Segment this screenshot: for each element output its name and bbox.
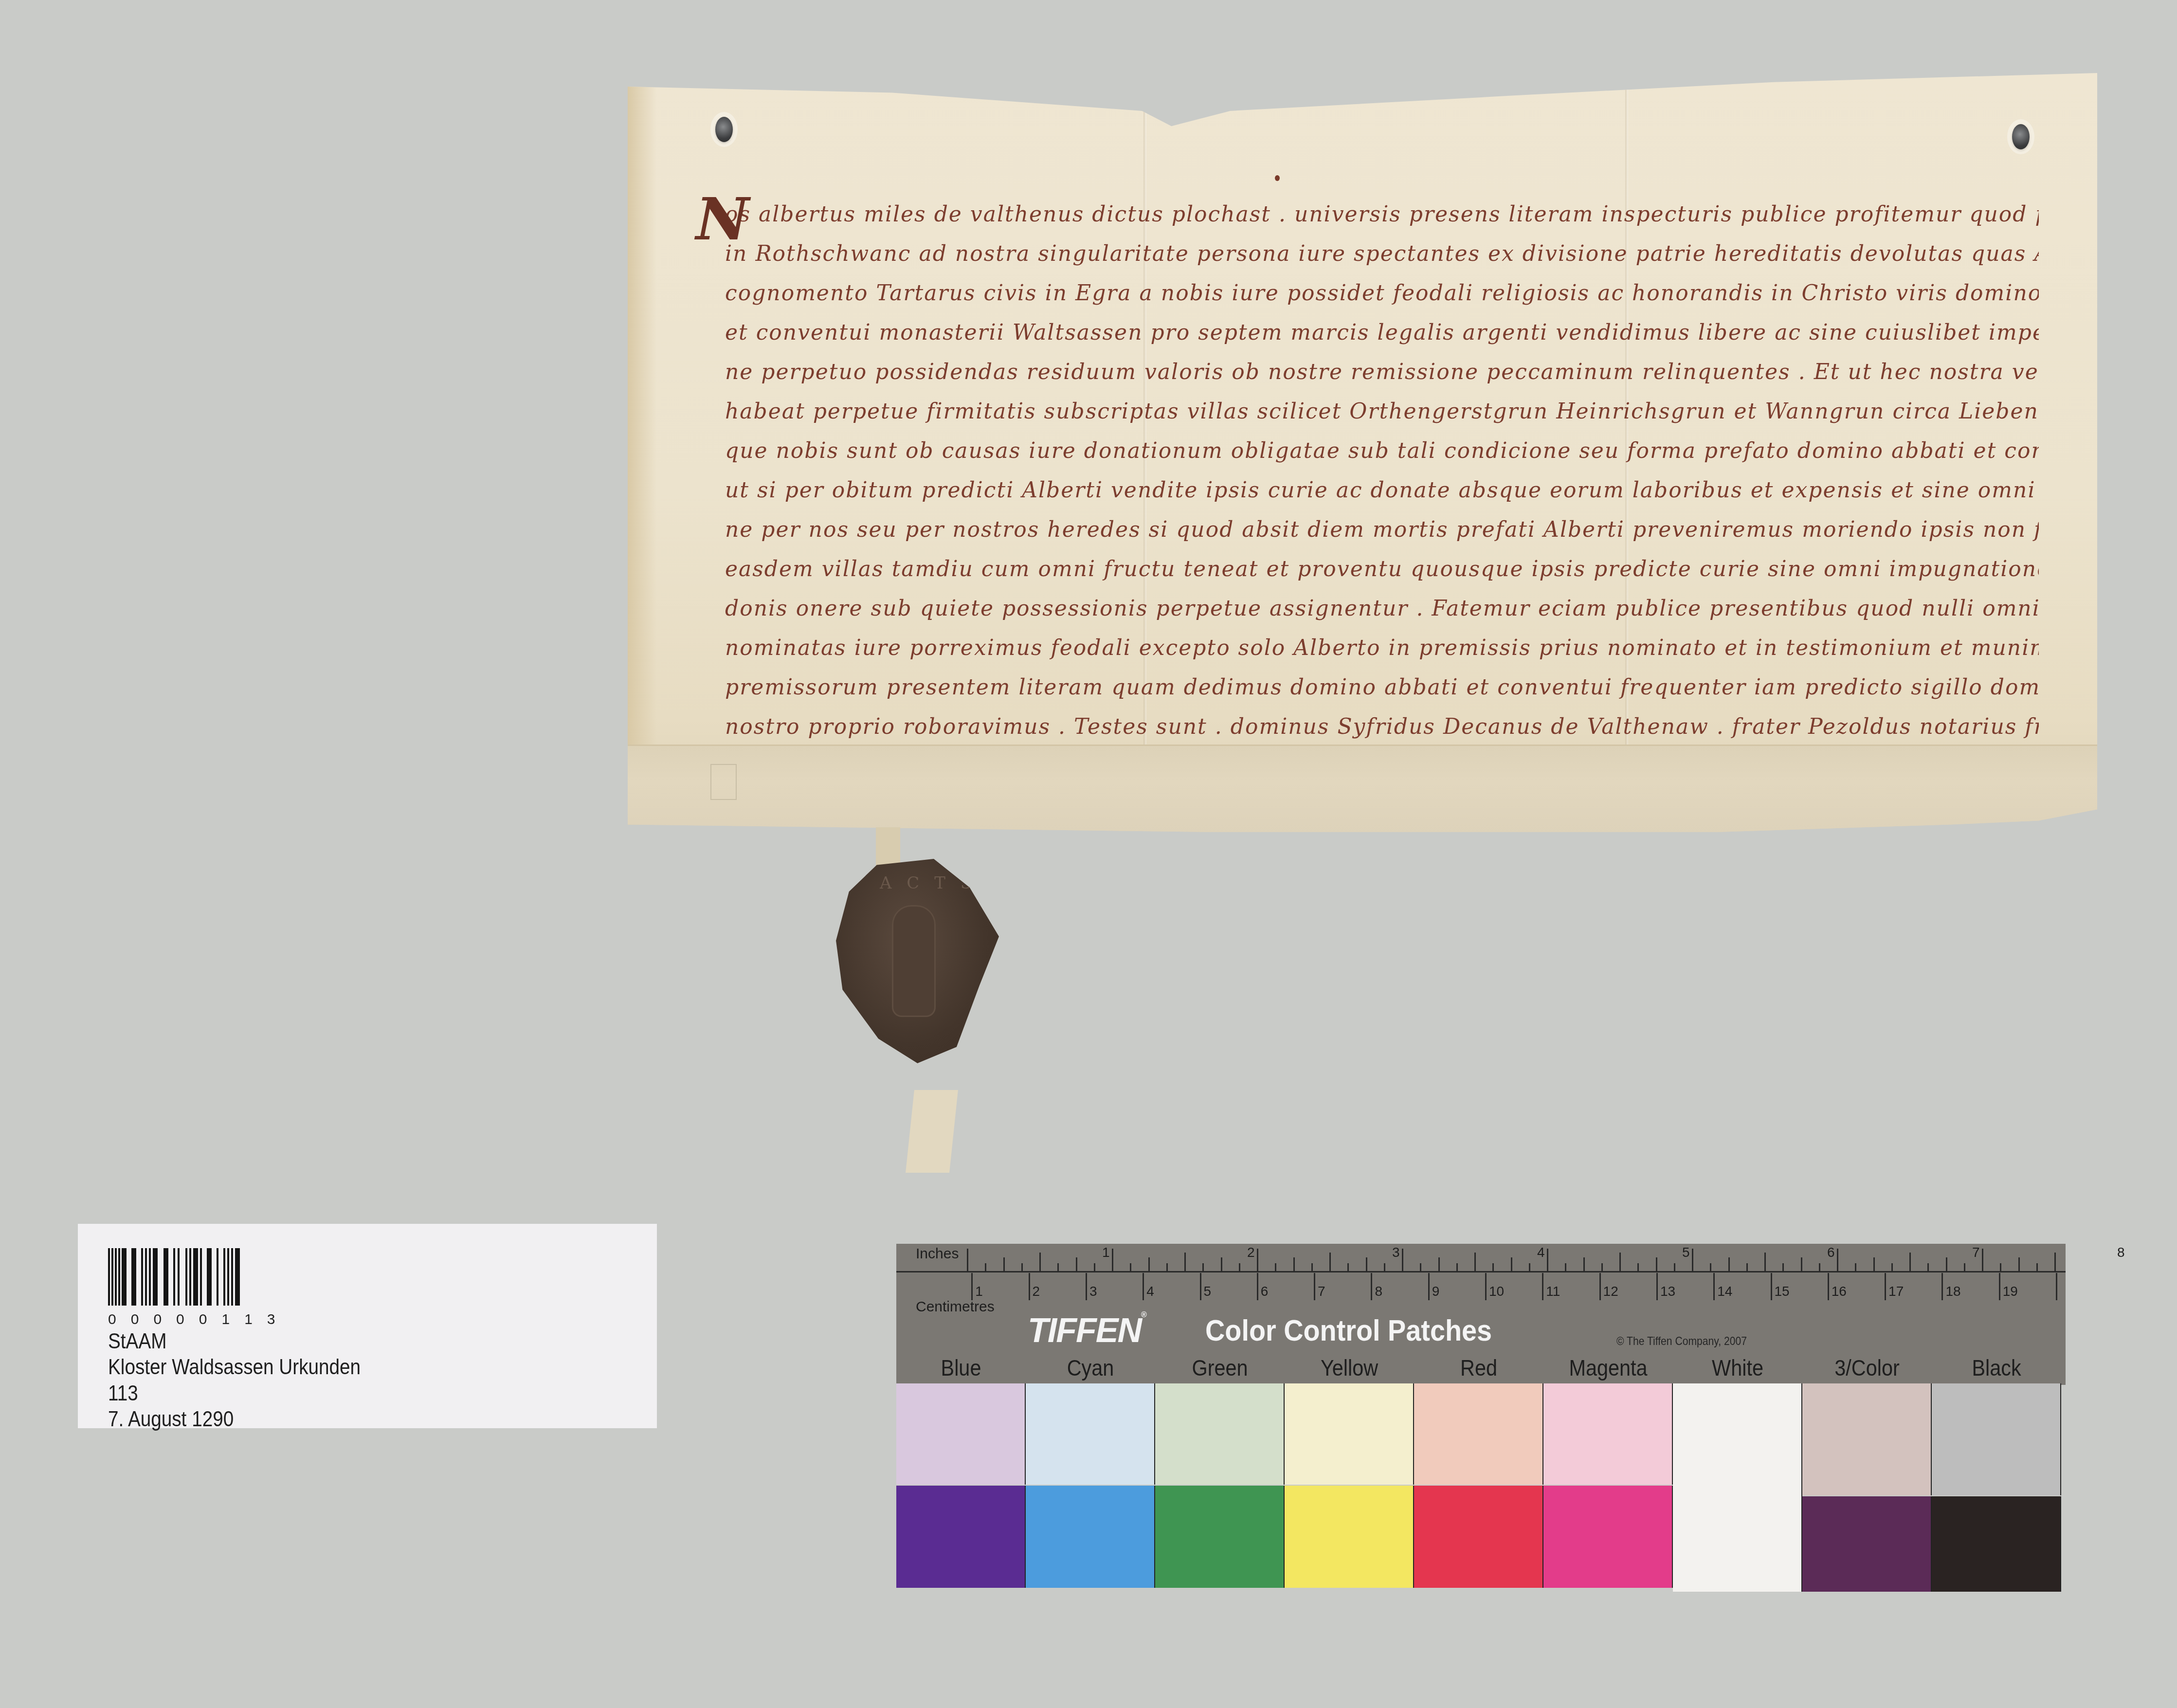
registered-mark: ® (1141, 1311, 1146, 1319)
parchment-charter: N os albertus miles de valthenus dictus … (628, 73, 2097, 832)
cm-tick-label: 10 (1489, 1284, 1504, 1299)
ruler-tick (1885, 1273, 1886, 1300)
ruler-tick (1485, 1273, 1487, 1300)
cm-tick-label: 9 (1432, 1284, 1440, 1299)
archive-name: StAAM (108, 1328, 166, 1354)
cm-tick-label: 15 (1775, 1284, 1790, 1299)
ruler-tick (1927, 1263, 1929, 1272)
ruler-tick (1474, 1253, 1476, 1272)
inch-tick-label: 4 (1537, 1245, 1545, 1260)
ruler-tick (1202, 1263, 1204, 1272)
cm-tick-label: 12 (1603, 1284, 1618, 1299)
barcode-digit: 1 (221, 1311, 230, 1328)
ruler-tick (1728, 1257, 1730, 1272)
barcode-digit: 0 (153, 1311, 162, 1328)
cm-tick-label: 11 (1546, 1284, 1560, 1299)
ruler-tick (1166, 1263, 1168, 1272)
ruler-tick (1771, 1273, 1772, 1300)
manuscript-text: N os albertus miles de valthenus dictus … (725, 195, 2039, 825)
collection-name: Kloster Waldsassen Urkunden (108, 1354, 361, 1380)
ruler-tick (1221, 1257, 1222, 1272)
barcode-digits: 0 0 0 0 0 1 1 3 (108, 1311, 275, 1328)
color-patch-green-top (1155, 1383, 1285, 1485)
ruler-baseline (896, 1271, 2066, 1272)
patch-label-yellow: Yellow (1291, 1355, 1407, 1381)
red-ink-mark (633, 868, 744, 873)
ruler-tick (1873, 1257, 1875, 1272)
ruler-tick (1674, 1263, 1675, 1272)
ruler-tick (1366, 1257, 1367, 1272)
ruler-tick (1021, 1263, 1023, 1272)
ruler-tick (1329, 1253, 1331, 1272)
color-patch-blue-top (896, 1383, 1026, 1485)
ruler-tick (2056, 1273, 2057, 1300)
ruler-tick (1637, 1263, 1639, 1272)
manuscript-line: habeat perpetue firmitatis subscriptas v… (725, 392, 2039, 431)
color-patch-black-top (1932, 1383, 2061, 1495)
ruler-tick (1438, 1257, 1440, 1272)
mounting-rivet-icon (715, 117, 733, 142)
color-patch-cyan-bottom (1026, 1486, 1155, 1588)
ruler-tick (1384, 1263, 1385, 1272)
ruler-tick (1801, 1257, 1802, 1272)
ruler-tick (1656, 1257, 1657, 1272)
ruler-tick (1076, 1257, 1077, 1272)
mounting-rivet-icon (2012, 124, 2030, 149)
cm-tick-label: 16 (1832, 1284, 1847, 1299)
ruler-tick (1692, 1249, 1693, 1272)
ruler-tick (1999, 1273, 2000, 1300)
manuscript-line: os albertus miles de valthenus dictus pl… (725, 195, 2039, 234)
ruler-tick (1456, 1263, 1458, 1272)
ruler-tick (1039, 1253, 1041, 1272)
manuscript-line: easdem villas tamdiu cum omni fructu ten… (725, 549, 2039, 589)
color-patch-3color-bottom (1802, 1496, 1932, 1592)
seal-legend: A C T S (880, 873, 977, 893)
ruler-tick (1601, 1263, 1603, 1272)
patch-label-white: White (1679, 1355, 1796, 1381)
cm-tick-label: 19 (2003, 1284, 2018, 1299)
ruler-tick (1314, 1273, 1315, 1300)
color-patch-magenta-top (1543, 1383, 1673, 1485)
barcode-digit: 0 (199, 1311, 207, 1328)
cm-tick-label: 8 (1375, 1284, 1382, 1299)
inch-tick-label: 2 (1247, 1245, 1255, 1260)
ruler-tick (1891, 1263, 1893, 1272)
ruler-tick (1746, 1263, 1748, 1272)
inches-label: Inches (916, 1246, 959, 1262)
ruler-tick (1112, 1249, 1113, 1272)
color-patch-black-bottom (1932, 1496, 2061, 1592)
card-title: Color Control Patches (1205, 1313, 1492, 1348)
ruler-tick (985, 1263, 986, 1272)
manuscript-line: et conventui monasterii Waltsassen pro s… (725, 313, 2039, 352)
ruler-tick (1837, 1249, 1838, 1272)
ruler-tick (1402, 1249, 1403, 1272)
barcode-digit: 0 (131, 1311, 139, 1328)
cm-tick-label: 18 (1945, 1284, 1960, 1299)
color-control-card: Inches 12345678 123456789101112131415161… (896, 1244, 2066, 1385)
ruler-tick (1713, 1273, 1715, 1300)
parchment-edge-shading (628, 73, 657, 832)
ruler-tick (1347, 1263, 1349, 1272)
ruler-tick (1257, 1249, 1258, 1272)
seal-figure-icon (892, 905, 936, 1017)
patch-label-green: Green (1161, 1355, 1278, 1381)
ruler-tick (1782, 1263, 1784, 1272)
ruler-tick (1909, 1253, 1911, 1272)
ruler-tick (1819, 1263, 1820, 1272)
ruler-tick (1529, 1263, 1530, 1272)
copyright-notice: © The Tiffen Company, 2007 (1616, 1335, 1747, 1348)
ruler-tick (1599, 1273, 1601, 1300)
ruler-tick (1547, 1249, 1548, 1272)
inch-tick-label: 5 (1682, 1245, 1690, 1260)
archive-label: 0 0 0 0 0 1 1 3 StAAM Kloster Waldsassen… (78, 1224, 657, 1428)
color-patch-yellow-top (1285, 1383, 1414, 1485)
manuscript-line: nominatas iure porreximus feodali except… (725, 628, 2039, 668)
wax-seal: A C T S (836, 859, 999, 1063)
inch-tick-label: 3 (1392, 1245, 1400, 1260)
ruler-tick (1200, 1273, 1201, 1300)
cm-tick-label: 4 (1146, 1284, 1154, 1299)
manuscript-line: que nobis sunt ob causas iure donationum… (725, 431, 2039, 471)
ruler-tick (1057, 1263, 1059, 1272)
ruler-tick (971, 1273, 973, 1300)
color-patches (896, 1383, 2066, 1589)
patch-label-red: Red (1420, 1355, 1537, 1381)
ruler-tick (967, 1249, 968, 1272)
patch-label-3color: 3/Color (1809, 1355, 1925, 1381)
patch-label-blue: Blue (903, 1355, 1019, 1381)
ruler-tick (1143, 1273, 1144, 1300)
plica-fold (628, 745, 2097, 834)
cm-tick-label: 5 (1204, 1284, 1212, 1299)
cm-tick-label: 13 (1660, 1284, 1675, 1299)
cm-tick-label: 14 (1717, 1284, 1732, 1299)
color-patch-white (1673, 1383, 1802, 1592)
document-date: 7. August 1290 (108, 1406, 234, 1432)
document-number: 113 (108, 1381, 138, 1406)
ruler-tick (1130, 1263, 1131, 1272)
seal-tag-slot (710, 764, 737, 800)
ruler-tick (1710, 1263, 1711, 1272)
ruler-tick (2054, 1253, 2056, 1272)
ruler-tick (1371, 1273, 1372, 1300)
ruler-tick (1828, 1273, 1829, 1300)
ruler-tick (1542, 1273, 1543, 1300)
inch-tick-label: 7 (1972, 1245, 1980, 1260)
ruler-tick (1656, 1273, 1658, 1300)
manuscript-line: cognomento Tartarus civis in Egra a nobi… (725, 273, 2039, 313)
tiffen-logo: TIFFEN® (1028, 1311, 1146, 1350)
ruler-tick (1257, 1273, 1258, 1300)
cm-tick-label: 17 (1888, 1284, 1904, 1299)
ruler-tick (1982, 1249, 1983, 1272)
cm-tick-label: 1 (975, 1284, 983, 1299)
manuscript-line: donis onere sub quiete possessionis perp… (725, 589, 2039, 628)
color-patch-green-bottom (1155, 1486, 1285, 1588)
color-patch-yellow-bottom (1285, 1486, 1414, 1588)
patch-label-black: Black (1938, 1355, 2054, 1381)
color-patch-blue-bottom (896, 1486, 1026, 1588)
ruler-tick (1511, 1257, 1512, 1272)
red-ink-mark (633, 830, 764, 836)
ruler-tick (1148, 1257, 1150, 1272)
ruler-tick (1311, 1263, 1313, 1272)
ruler-tick (1964, 1263, 1965, 1272)
ruler-tick (1094, 1263, 1095, 1272)
barcode-digit: 1 (244, 1311, 253, 1328)
ruler-tick (1086, 1273, 1087, 1300)
cm-tick-label: 6 (1261, 1284, 1269, 1299)
manuscript-line: nostro proprio roboravimus . Testes sunt… (725, 707, 2039, 746)
manuscript-line: in Rothschwanc ad nostra singularitate p… (725, 234, 2039, 273)
decorated-initial: N (696, 185, 749, 254)
color-patch-red-bottom (1414, 1486, 1543, 1588)
color-patch-3color-top (1802, 1383, 1932, 1495)
patch-label-magenta: Magenta (1550, 1355, 1666, 1381)
barcode (108, 1248, 240, 1306)
ruler-tick (1946, 1257, 1947, 1272)
ruler-tick (2000, 1263, 2001, 1272)
ruler-tick (1428, 1273, 1430, 1300)
cm-tick-label: 2 (1033, 1284, 1040, 1299)
barcode-digit: 3 (267, 1311, 275, 1328)
ruler-tick (1029, 1273, 1030, 1300)
ruler-tick (1565, 1263, 1566, 1272)
ruler-tick (1855, 1263, 1856, 1272)
inch-tick-label: 1 (1102, 1245, 1110, 1260)
manuscript-line: ne per nos seu per nostros heredes si qu… (725, 510, 2039, 549)
centimetres-label: Centimetres (916, 1299, 995, 1315)
patch-labels: Blue Cyan Green Yellow Red Magenta White… (896, 1355, 2066, 1384)
ruler-tick (1184, 1253, 1186, 1272)
patch-label-cyan: Cyan (1032, 1355, 1148, 1381)
barcode-digit: 0 (108, 1311, 116, 1328)
seal-parchment-tag (906, 1090, 958, 1173)
ruler-tick (1420, 1263, 1421, 1272)
manuscript-line: ne perpetuo possidendas residuum valoris… (725, 352, 2039, 392)
ruler-tick (1764, 1253, 1766, 1272)
ruler-tick (2036, 1263, 2038, 1272)
manuscript-line: premissorum presentem literam quam dedim… (725, 668, 2039, 707)
color-patch-cyan-top (1026, 1383, 1155, 1485)
ruler-tick (1492, 1263, 1494, 1272)
ruler-tick (1583, 1257, 1585, 1272)
ruler-tick (1003, 1257, 1005, 1272)
inch-tick-label: 8 (2117, 1245, 2125, 1260)
cm-tick-label: 7 (1318, 1284, 1325, 1299)
ruler-tick (1275, 1263, 1276, 1272)
color-patch-magenta-bottom (1543, 1486, 1673, 1588)
brand-name: TIFFEN (1028, 1311, 1141, 1349)
manuscript-line: ut si per obitum predicti Alberti vendit… (725, 471, 2039, 510)
ruler-tick (2018, 1257, 2020, 1272)
ruler-tick (1293, 1257, 1295, 1272)
ink-spot (1275, 175, 1280, 181)
cm-tick-label: 3 (1089, 1284, 1097, 1299)
inch-tick-label: 6 (1827, 1245, 1835, 1260)
color-patch-red-top (1414, 1383, 1543, 1485)
ruler-tick (1239, 1263, 1240, 1272)
ruler-tick (1941, 1273, 1943, 1300)
ruler-tick (1619, 1253, 1621, 1272)
barcode-digit: 0 (176, 1311, 184, 1328)
